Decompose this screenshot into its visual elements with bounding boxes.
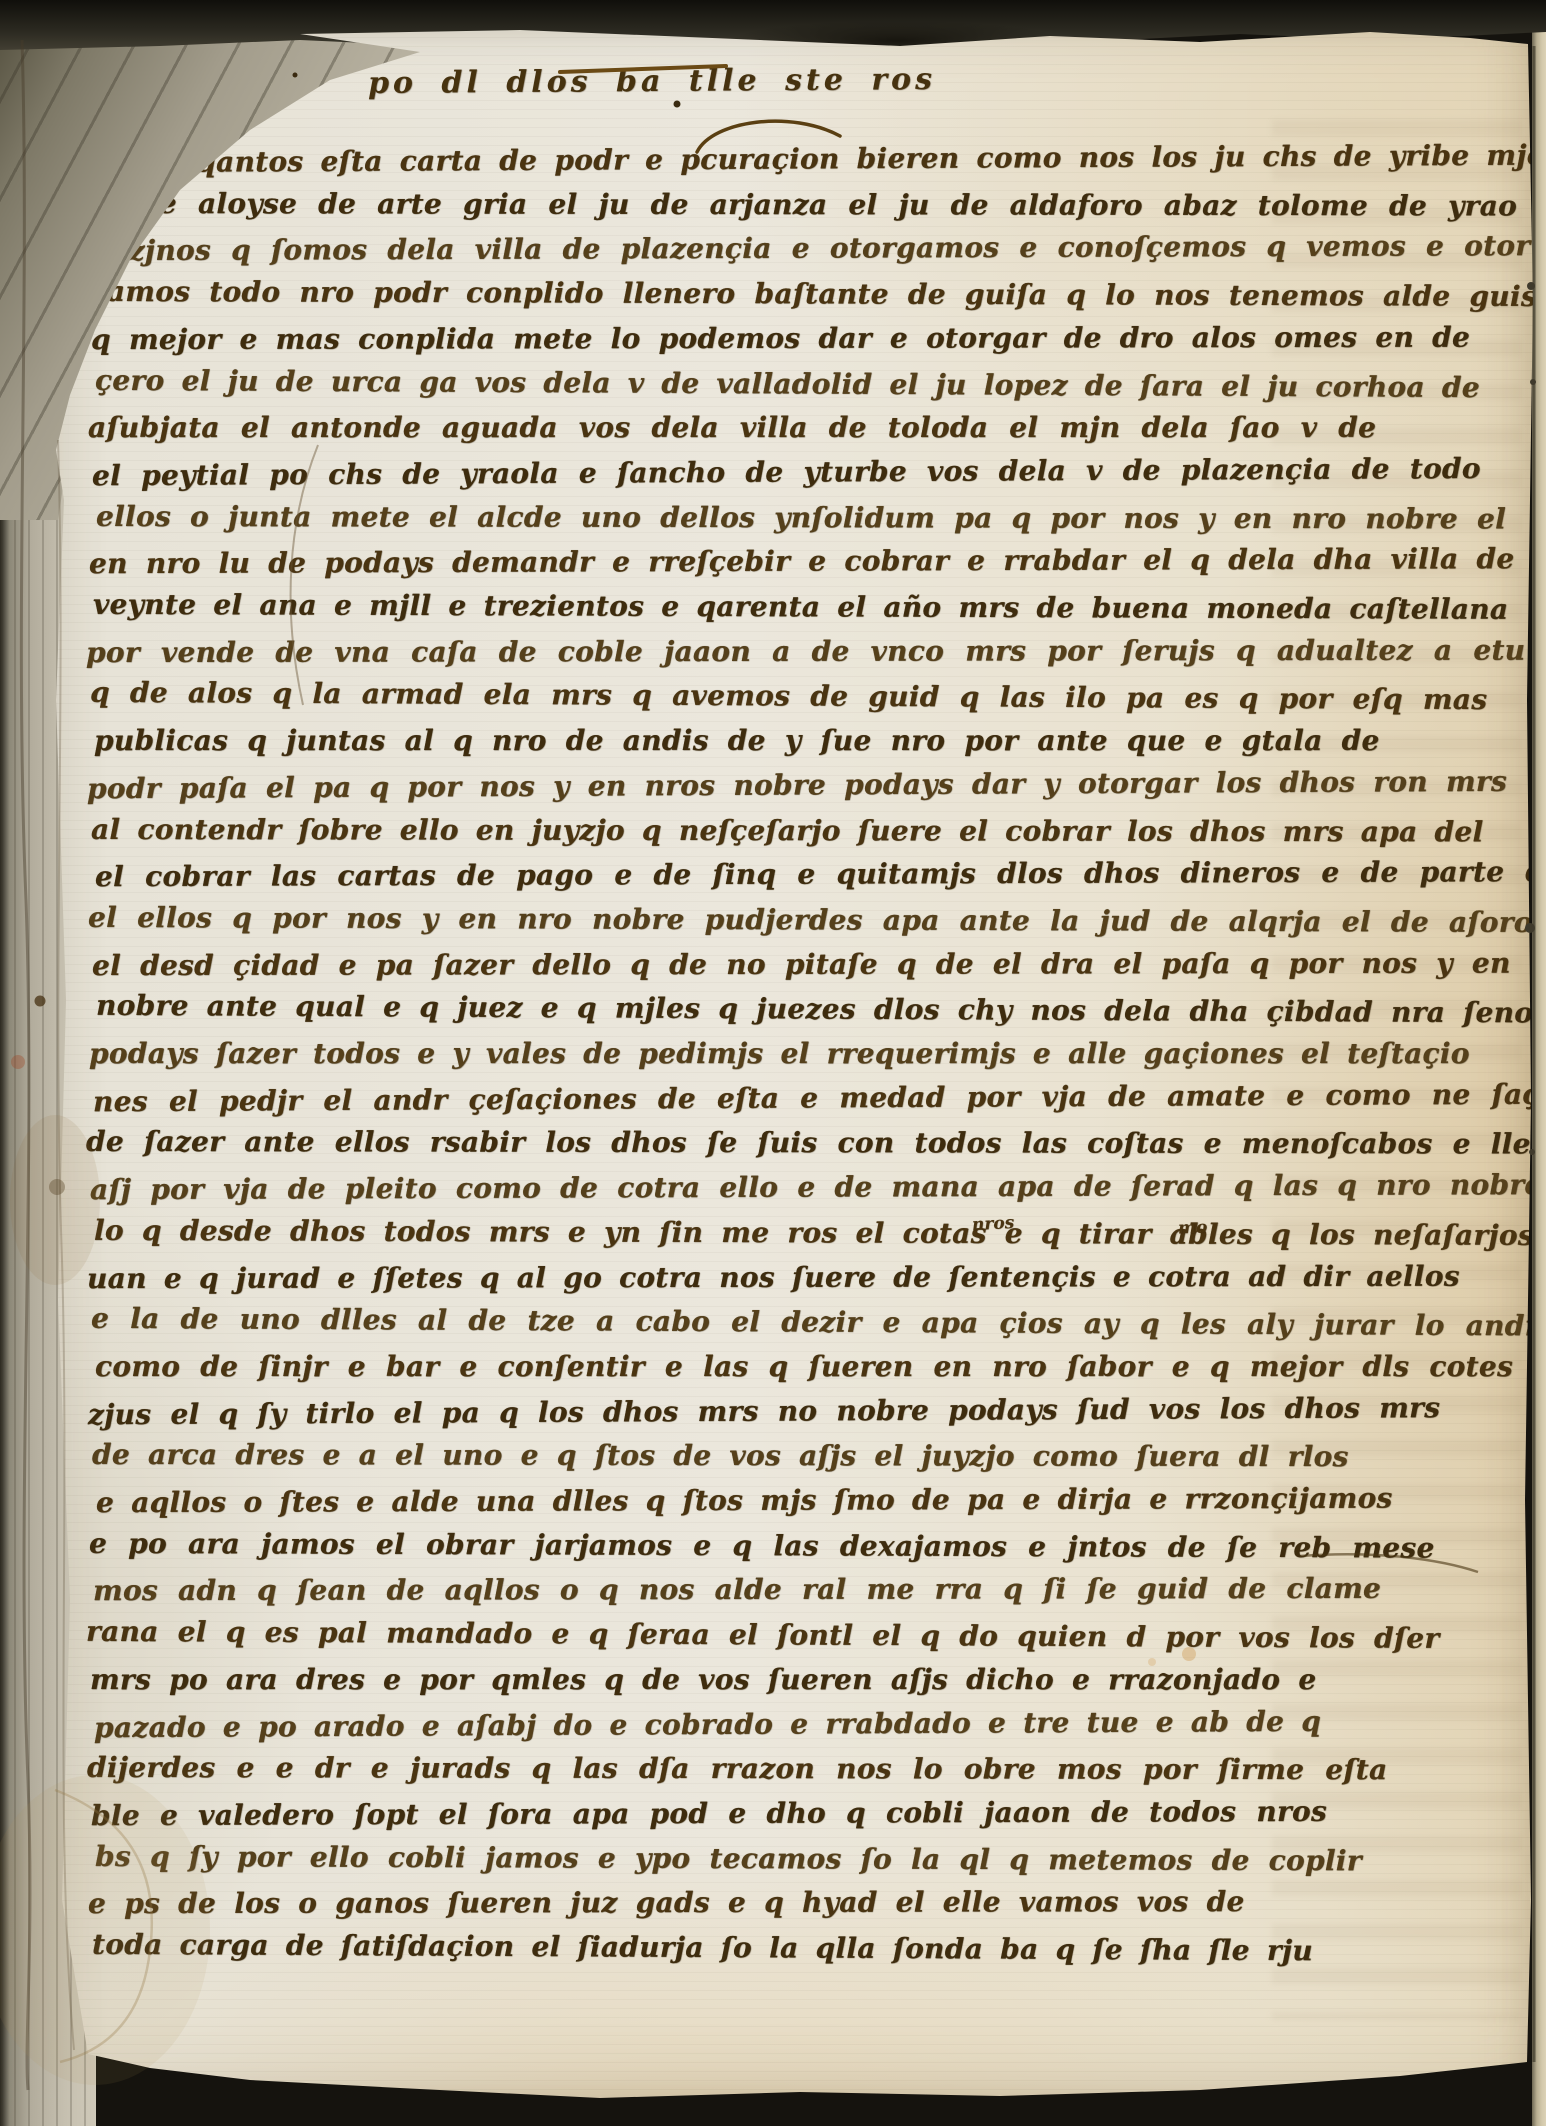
neighbour-leaf-edge bbox=[1532, 0, 1546, 2126]
manuscript-line: dijerdes e e dr e jurads q las dſa rrazo… bbox=[87, 1753, 1315, 1785]
manuscript-line: al contendr ſobre ello en juyzjo q neſçe… bbox=[91, 814, 1319, 846]
manuscript-line: como de ſinjr e bar e conſentir e las q … bbox=[95, 1352, 1323, 1382]
manuscript-line: mos adn q ſean de aqllos o q nos alde ra… bbox=[93, 1574, 1321, 1606]
manuscript-line: aſj por vja de pleito como de cotra ello… bbox=[90, 1171, 1318, 1205]
manuscript-line: mrs po ara dres e por qmles q de vos ſue… bbox=[90, 1665, 1318, 1695]
manuscript-line: vezjnos q ſomos dela villa de plazençia … bbox=[94, 232, 1322, 266]
manuscript-line: nobre ante qual e q juez e q mjles q jue… bbox=[96, 991, 1324, 1027]
manuscript-line: ellos o junta mete el alcde uno dellos y… bbox=[96, 502, 1324, 534]
manuscript-line: el desd çidad e pa ſazer dello q de no p… bbox=[92, 949, 1320, 981]
manuscript-line: turbe aloyse de arte gria el ju de arjan… bbox=[90, 189, 1318, 221]
manuscript-line: rana el q es pal mandado e q ſeraa el ſo… bbox=[86, 1617, 1314, 1653]
manuscript-scan: Gra deh po dl dlos ba tlle ste ros sepan… bbox=[0, 0, 1546, 2126]
manuscript-line: aſubjata el antonde aguada vos dela vill… bbox=[88, 413, 1316, 443]
manuscript-line: por vende de vna caſa de coble jaaon a d… bbox=[86, 636, 1314, 668]
manuscript-line: lo q desde dhos todos mrs e yn ſin me ro… bbox=[94, 1216, 1322, 1250]
manuscript-line: toda carga de ſatiſdaçion el ſiadurja ſo… bbox=[92, 1930, 1320, 1966]
manuscript-line: q de alos q la armad ela mrs q avemos de… bbox=[90, 678, 1318, 714]
manuscript-line: bs q ſy por ello cobli jamos e ypo tecam… bbox=[95, 1841, 1323, 1875]
manuscript-line: el cobrar las cartas de pago e de ſinq e… bbox=[95, 858, 1323, 892]
manuscript-line: e ps de los o ganos ſueren juz gads e q … bbox=[88, 1887, 1316, 1919]
manuscript-line: de ſazer ante ellos rsabir los dhos ſe ſ… bbox=[86, 1127, 1314, 1159]
manuscript-line: el peytial po chs de yraola e ſancho de … bbox=[92, 455, 1320, 491]
manuscript-line: podr paſa el pa q por nos y en nros nobr… bbox=[87, 768, 1315, 804]
manuscript-line: e po ara jamos el obrar jarjamos e q las… bbox=[89, 1529, 1317, 1563]
manuscript-line: q mejor e mas conplida mete lo podemos d… bbox=[91, 323, 1319, 355]
manuscript-line: de arca dres e a el uno e q ſtos de vos … bbox=[92, 1440, 1320, 1472]
manuscript-line: gamos todo nro podr conplido llenero baſ… bbox=[87, 277, 1315, 311]
manuscript-line: en nro lu de podays demandr e rreſçebir … bbox=[89, 545, 1317, 579]
manuscript-line: e aqllos o ſtes e alde una dlles q ſtos … bbox=[96, 1484, 1324, 1518]
manuscript-line: veynte el ana e mjll e trezientos e qare… bbox=[93, 590, 1321, 624]
manuscript-line: e la de uno dlles al de tze a cabo el de… bbox=[91, 1304, 1319, 1340]
interlinear-note: nros bbox=[972, 1213, 1015, 1235]
manuscript-page: Gra deh po dl dlos ba tlle ste ros sepan… bbox=[0, 0, 1546, 2126]
manuscript-line: pazado e po arado e aſabj do e cobrado e… bbox=[94, 1706, 1322, 1742]
manuscript-line: çero el ju de urca ga vos dela v de vall… bbox=[95, 365, 1323, 401]
manuscript-line: zjus el q ſy tirlo el pa q los dhos mrs … bbox=[88, 1393, 1316, 1429]
interlinear-note: mo bbox=[1178, 1217, 1208, 1238]
manuscript-body: sepan qantos eſta carta de podr e pcuraç… bbox=[0, 0, 1546, 2126]
manuscript-line: uan e q jurad e ſſetes q al go cotra nos… bbox=[87, 1261, 1315, 1293]
manuscript-line: ble e valedero ſopt el ſora apa pod e dh… bbox=[91, 1797, 1319, 1831]
manuscript-line: publicas q juntas al q nro de andis de y… bbox=[94, 726, 1322, 756]
manuscript-line: sepan qantos eſta carta de podr e pcuraç… bbox=[86, 142, 1314, 178]
manuscript-line: el ellos q por nos y en nro nobre pudjer… bbox=[88, 903, 1316, 937]
manuscript-line: nes el pedjr el andr çeſaçiones de eſta … bbox=[93, 1080, 1321, 1116]
manuscript-line: podays ſazer todos e y vales de pedimjs … bbox=[89, 1039, 1317, 1069]
